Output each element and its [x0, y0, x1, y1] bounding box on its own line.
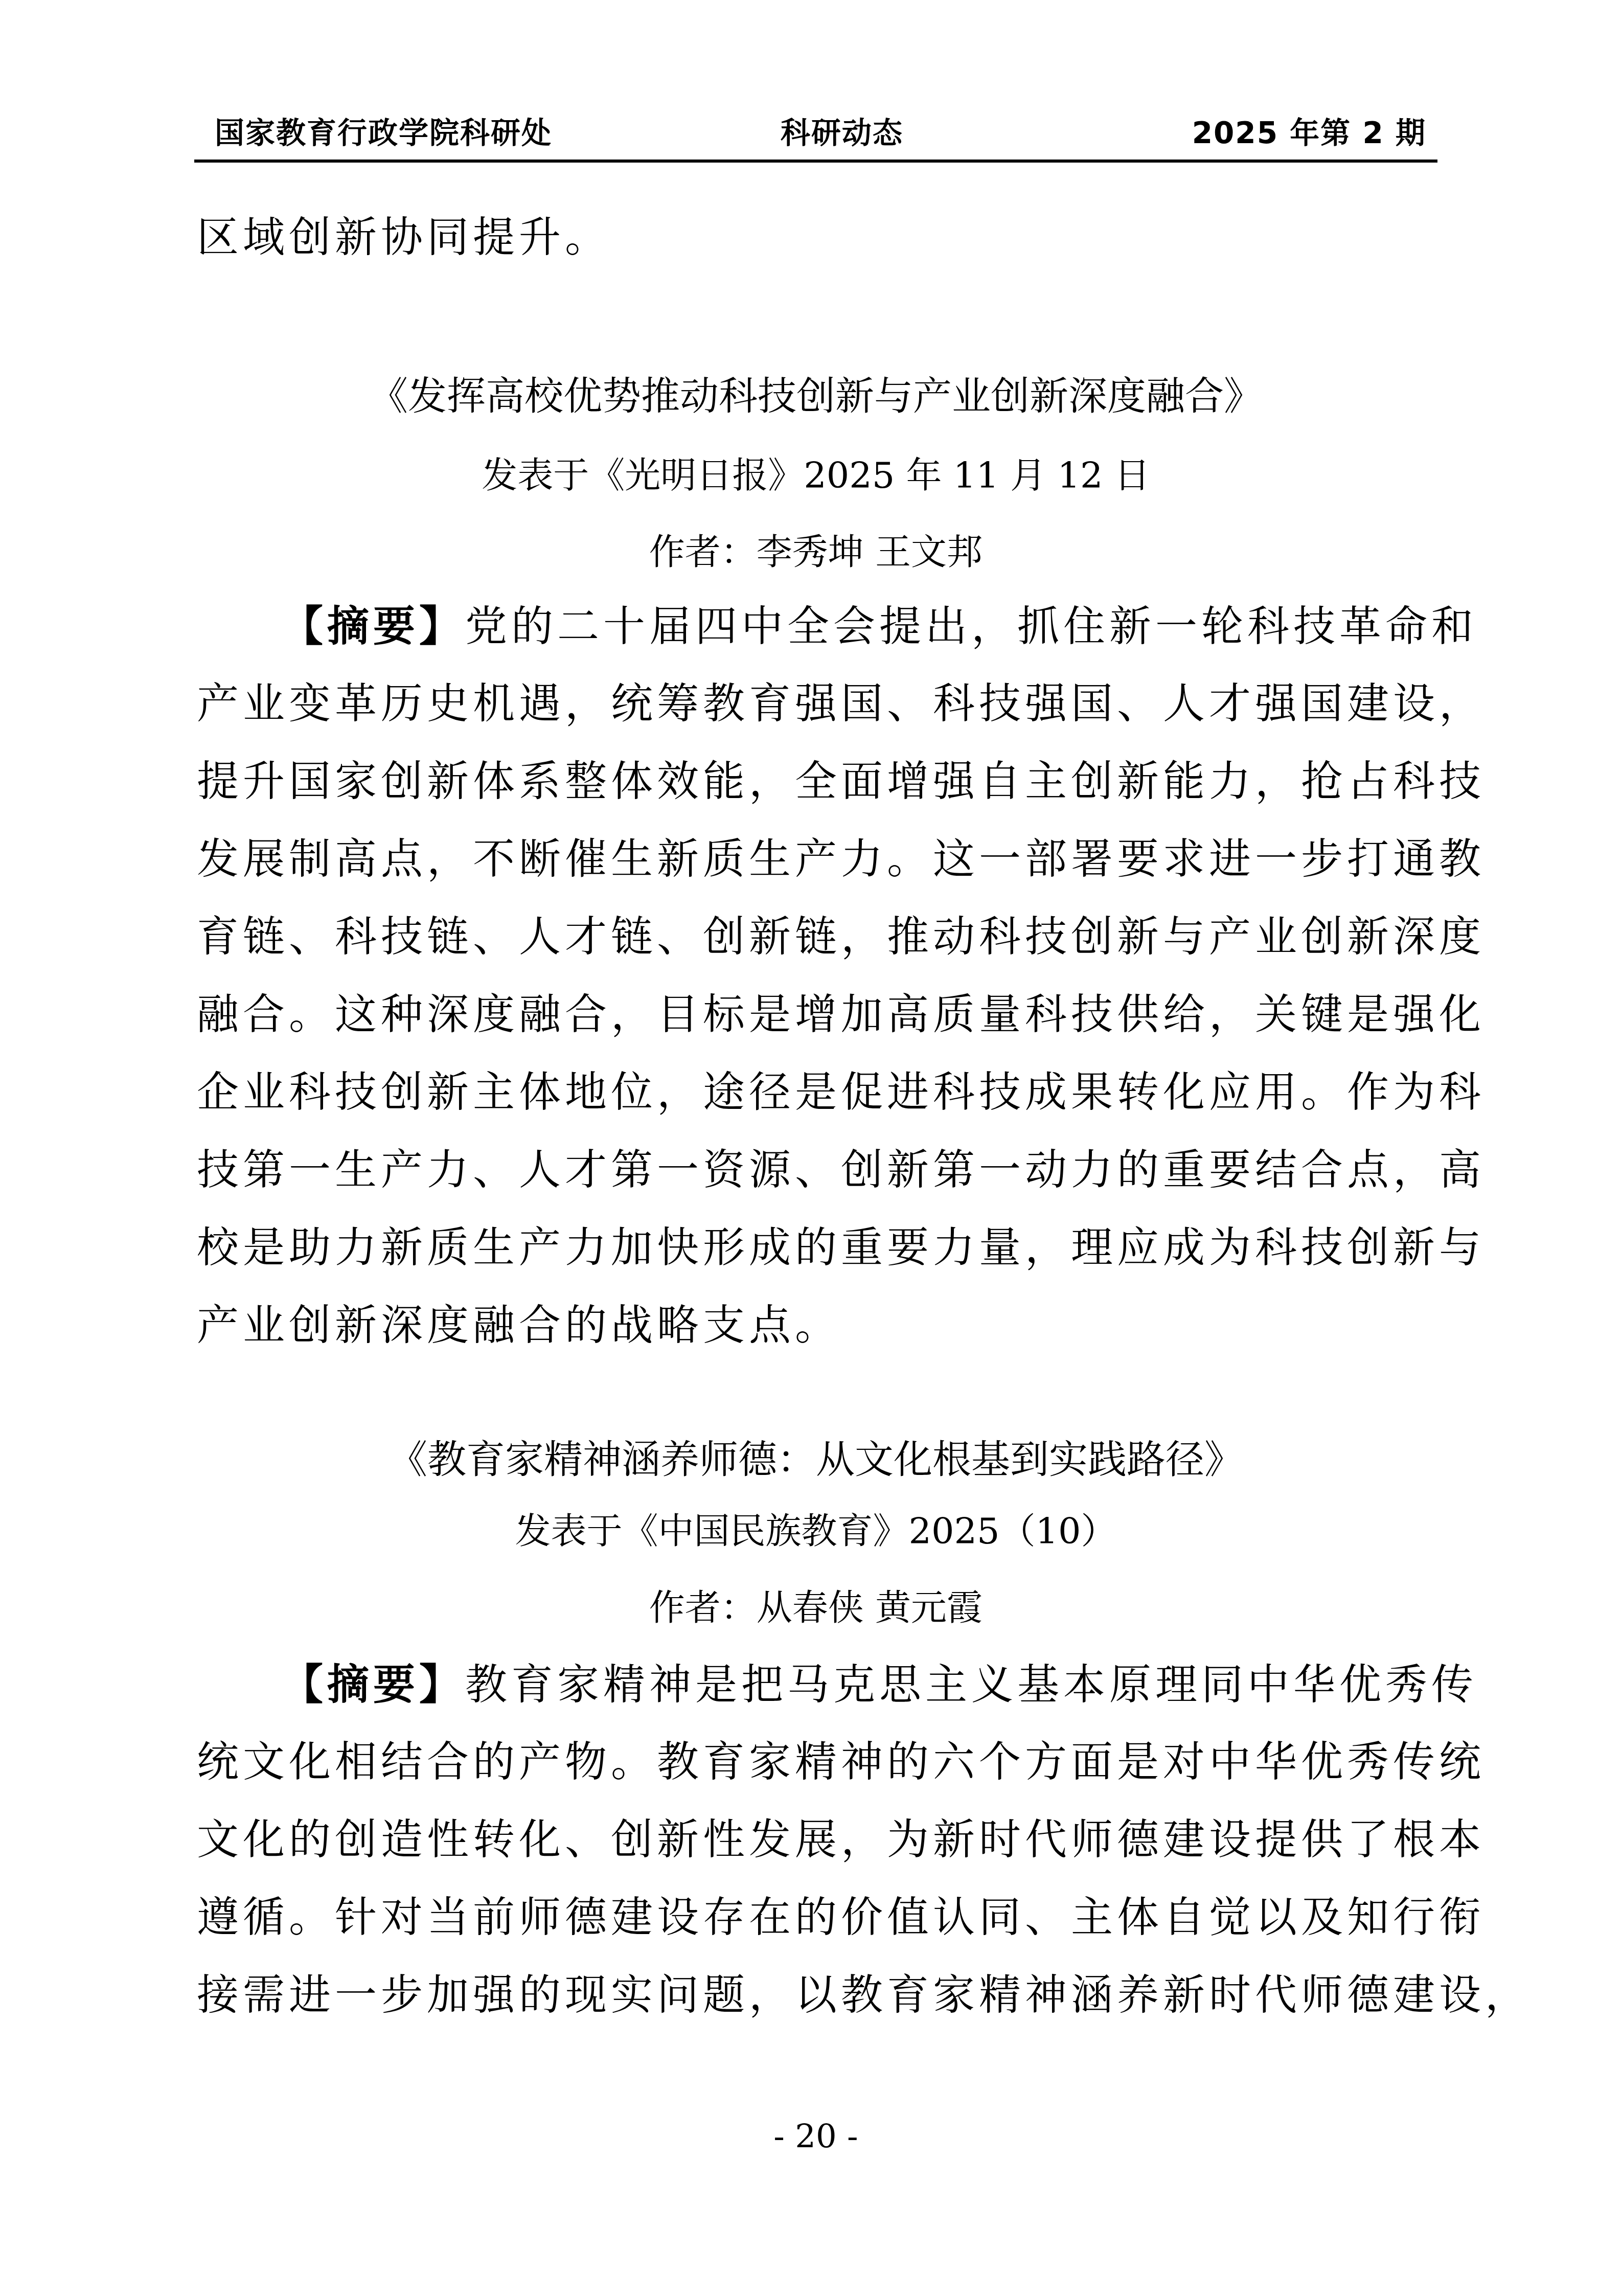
- text-line: 发展制高点，不断催生新质生产力。这一部署要求进一步打通教: [197, 831, 1485, 888]
- abstract-first-line: 【摘要】党的二十届四中全会提出，抓住新一轮科技革命和: [281, 598, 1477, 654]
- abstract-label: 【摘要】: [281, 1660, 465, 1709]
- header-institution: 国家教育行政学院科研处: [215, 110, 552, 156]
- running-header: 国家教育行政学院科研处 科研动态 2025 年第 2 期: [194, 110, 1436, 156]
- text-line: 提升国家创新体系整体效能，全面增强自主创新能力，抢占科技: [197, 754, 1485, 810]
- text-line: 产业变革历史机遇，统筹教育强国、科技强国、人才强国建设，: [197, 676, 1485, 732]
- page-number: - 20 -: [194, 2117, 1437, 2157]
- article-1-authors: 作者：李秀坤 王文邦: [194, 527, 1437, 578]
- abstract-label: 【摘要】: [281, 602, 465, 651]
- header-divider: [194, 160, 1437, 163]
- text-line: 区域创新协同提升。: [197, 210, 611, 266]
- text-line: 融合。这种深度融合，目标是增加高质量科技供给，关键是强化: [197, 987, 1485, 1043]
- text-line: 文化的创造性转化、创新性发展，为新时代师德建设提供了根本: [197, 1812, 1485, 1868]
- abstract-first-line: 【摘要】教育家精神是把马克思主义基本原理同中华优秀传: [281, 1656, 1477, 1713]
- header-publication: 科研动态: [781, 110, 903, 156]
- text-line: 产业创新深度融合的战略支点。: [197, 1298, 841, 1354]
- article-2-authors: 作者：从春侠 黄元霞: [194, 1582, 1437, 1633]
- text-line: 统文化相结合的产物。教育家精神的六个方面是对中华优秀传统: [197, 1734, 1485, 1790]
- article-2-published: 发表于《中国民族教育》2025（10）: [194, 1506, 1437, 1557]
- article-1-published: 发表于《光明日报》2025 年 11 月 12 日: [194, 450, 1437, 501]
- header-issue: 2025 年第 2 期: [1192, 110, 1426, 156]
- article-2-title: 《教育家精神涵养师德：从文化根基到实践路径》: [194, 1431, 1437, 1488]
- text-line: 接需进一步加强的现实问题，以教育家精神涵养新时代师德建设，: [197, 1967, 1531, 2024]
- text-line: 育链、科技链、人才链、创新链，推动科技创新与产业创新深度: [197, 909, 1485, 965]
- article-1-title: 《发挥高校优势推动科技创新与产业创新深度融合》: [194, 368, 1437, 424]
- text-line: 遵循。针对当前师德建设存在的价值认同、主体自觉以及知行衔: [197, 1890, 1485, 1946]
- text-line: 企业科技创新主体地位，途径是促进科技成果转化应用。作为科: [197, 1064, 1485, 1121]
- text-line: 技第一生产力、人才第一资源、创新第一动力的重要结合点，高: [197, 1142, 1485, 1198]
- text-line: 校是助力新质生产力加快形成的重要力量，理应成为科技创新与: [197, 1220, 1485, 1276]
